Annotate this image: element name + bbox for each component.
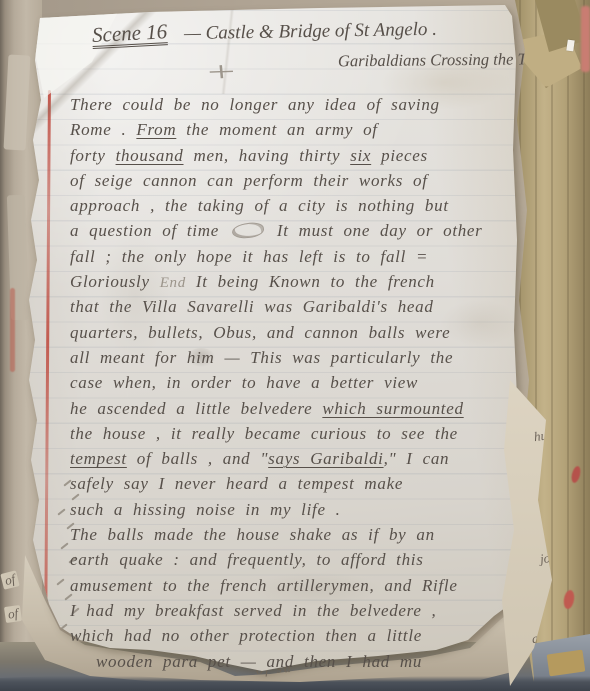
handwriting-segment: the moment an army of bbox=[176, 120, 377, 139]
handwriting-segment: forty bbox=[70, 146, 116, 165]
pencil-annotation: End bbox=[160, 275, 186, 291]
handwriting-segment: Rome . bbox=[70, 120, 136, 139]
handwriting-segment: There could be no longer any idea of sav… bbox=[70, 95, 440, 114]
handwriting-segment: a question of time bbox=[70, 221, 229, 240]
handwriting-line: a question of time It must one day or ot… bbox=[70, 218, 530, 243]
red-edge-paint bbox=[581, 6, 590, 72]
handwriting-segment: of seige cannon can perform their works … bbox=[70, 171, 428, 190]
handwriting-segment: six bbox=[350, 146, 371, 165]
handwriting-segment: all meant for bbox=[70, 348, 187, 367]
manuscript-scan: of of of sa Scene 16 — Castle & Bridge o… bbox=[0, 0, 590, 691]
handwriting-line: approach , the taking of a city is nothi… bbox=[70, 193, 530, 218]
handwriting-line: the house , it really became curious to … bbox=[70, 421, 530, 446]
handwriting-segment: pieces bbox=[371, 146, 428, 165]
handwriting-segment: him bbox=[187, 348, 215, 367]
handwriting-segment: It being Known to the french bbox=[186, 272, 435, 291]
pencil-cross-mark: + bbox=[206, 55, 237, 89]
handwriting-segment: approach , the taking of a city is nothi… bbox=[70, 196, 449, 215]
scene-number: Scene 16 bbox=[91, 19, 167, 48]
handwriting-line: forty thousand men, having thirty six pi… bbox=[70, 143, 530, 168]
handwriting-line: The balls made the house shake as if by … bbox=[70, 522, 530, 547]
handwriting-segment: The balls made the house shake as if by … bbox=[70, 525, 435, 544]
handwriting-segment: It must one day or other bbox=[267, 221, 483, 240]
handwriting-line: Rome . From the moment an army of bbox=[70, 117, 530, 142]
handwriting-segment: Gloriously bbox=[70, 272, 160, 291]
handwriting-line: quarters, bullets, Obus, and cannon ball… bbox=[70, 320, 530, 345]
handwriting-segment: thousand bbox=[116, 146, 184, 165]
handwriting-line: of seige cannon can perform their works … bbox=[70, 168, 530, 193]
handwriting-line: earth quake : and frequently, to afford … bbox=[70, 547, 530, 572]
handwriting-line: which had no other protection then a lit… bbox=[70, 623, 530, 648]
handwriting-segment: I had my breakfast served in the belvede… bbox=[70, 601, 436, 620]
handwriting-line: There could be no longer any idea of sav… bbox=[70, 92, 530, 117]
handwriting-segment: From bbox=[136, 120, 176, 139]
handwriting-line: wooden para pet — and then I had mu bbox=[70, 649, 530, 674]
handwriting-segment: the house , it really became curious to … bbox=[70, 424, 458, 443]
handwriting-line: he ascended a little belvedere which sur… bbox=[70, 396, 530, 421]
handwriting-segment: case when, in order to have a better vie… bbox=[70, 373, 418, 392]
handwriting-segment: — This was particularly the bbox=[215, 348, 454, 367]
handwriting-line: tempest of balls , and "says Garibaldi,"… bbox=[70, 446, 530, 471]
handwriting-segment: which had no other protection then a lit… bbox=[70, 626, 422, 645]
handwriting-line: Gloriously End It being Known to the fre… bbox=[70, 269, 530, 294]
handwriting-segment: he ascended a little belvedere bbox=[70, 399, 322, 418]
handwriting-line: that the Villa Savarelli was Garibaldi's… bbox=[70, 294, 530, 319]
handwriting-segment: earth quake : and frequently, to afford … bbox=[70, 550, 424, 569]
scene-title: — Castle & Bridge of St Angelo . bbox=[184, 19, 437, 44]
handwriting-line: fall ; the only hope it has left is to f… bbox=[70, 244, 530, 269]
handwriting-segment: that the Villa Savarelli was Garibaldi's… bbox=[70, 297, 434, 316]
pencil-scribble bbox=[231, 222, 264, 240]
handwriting-segment: wooden para pet — and then I had mu bbox=[96, 652, 422, 671]
handwriting-line: case when, in order to have a better vie… bbox=[70, 370, 530, 395]
scene-heading: Scene 16 — Castle & Bridge of St Angelo … bbox=[92, 14, 522, 47]
handwriting-layer: Scene 16 — Castle & Bridge of St Angelo … bbox=[0, 0, 590, 691]
handwriting-line: amusement to the french artillerymen, an… bbox=[70, 573, 530, 598]
handwriting-segment: amusement to the french artillerymen, an… bbox=[70, 576, 458, 595]
handwriting-segment: men, having thirty bbox=[184, 146, 351, 165]
handwriting-line: such a hissing noise in my life . bbox=[70, 497, 530, 522]
handwriting-segment: of balls , and " bbox=[127, 449, 268, 468]
handwriting-segment: safely say I never heard a tempest make bbox=[70, 474, 403, 493]
handwriting-segment: tempest bbox=[70, 449, 127, 468]
handwriting-segment: quarters, bullets, Obus, and cannon ball… bbox=[70, 323, 450, 342]
manuscript-body: There could be no longer any idea of sav… bbox=[70, 92, 530, 674]
handwriting-line: I had my breakfast served in the belvede… bbox=[70, 598, 530, 623]
handwriting-line: all meant for him — This was particularl… bbox=[70, 345, 530, 370]
handwriting-segment: which surmounted bbox=[322, 399, 463, 418]
handwriting-segment: fall ; the only hope it has left is to f… bbox=[70, 247, 428, 266]
handwriting-segment: such a hissing noise in my life . bbox=[70, 500, 341, 519]
handwriting-segment: says Garibaldi bbox=[268, 449, 383, 468]
handwriting-segment: ," I can bbox=[384, 449, 450, 468]
handwriting-line: safely say I never heard a tempest make bbox=[70, 471, 530, 496]
